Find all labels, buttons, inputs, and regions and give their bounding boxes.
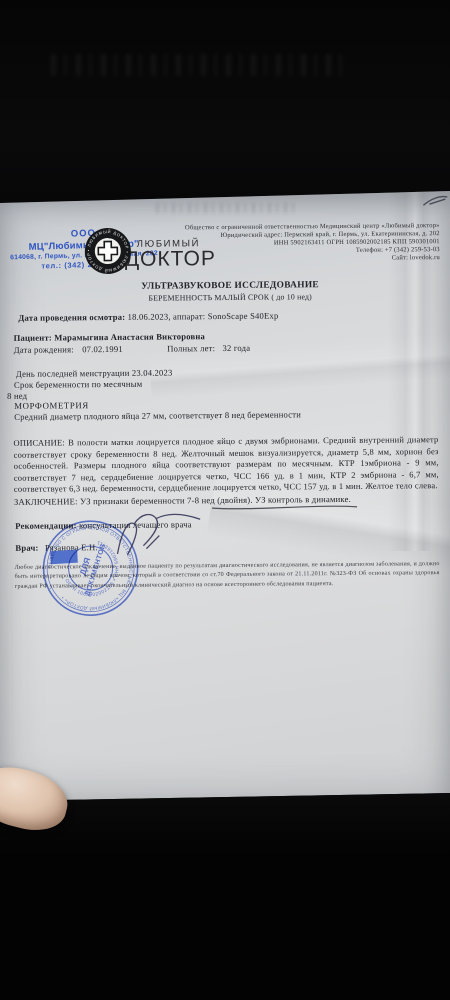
doctor-signature	[117, 514, 200, 555]
photo-of-document: ООО МЦ"Любимый доктор" 614068, г. Пермь,…	[0, 0, 450, 1000]
pen-mark-top-right	[423, 197, 447, 206]
table-background	[0, 792, 450, 1000]
conclusion-underline	[212, 506, 357, 509]
